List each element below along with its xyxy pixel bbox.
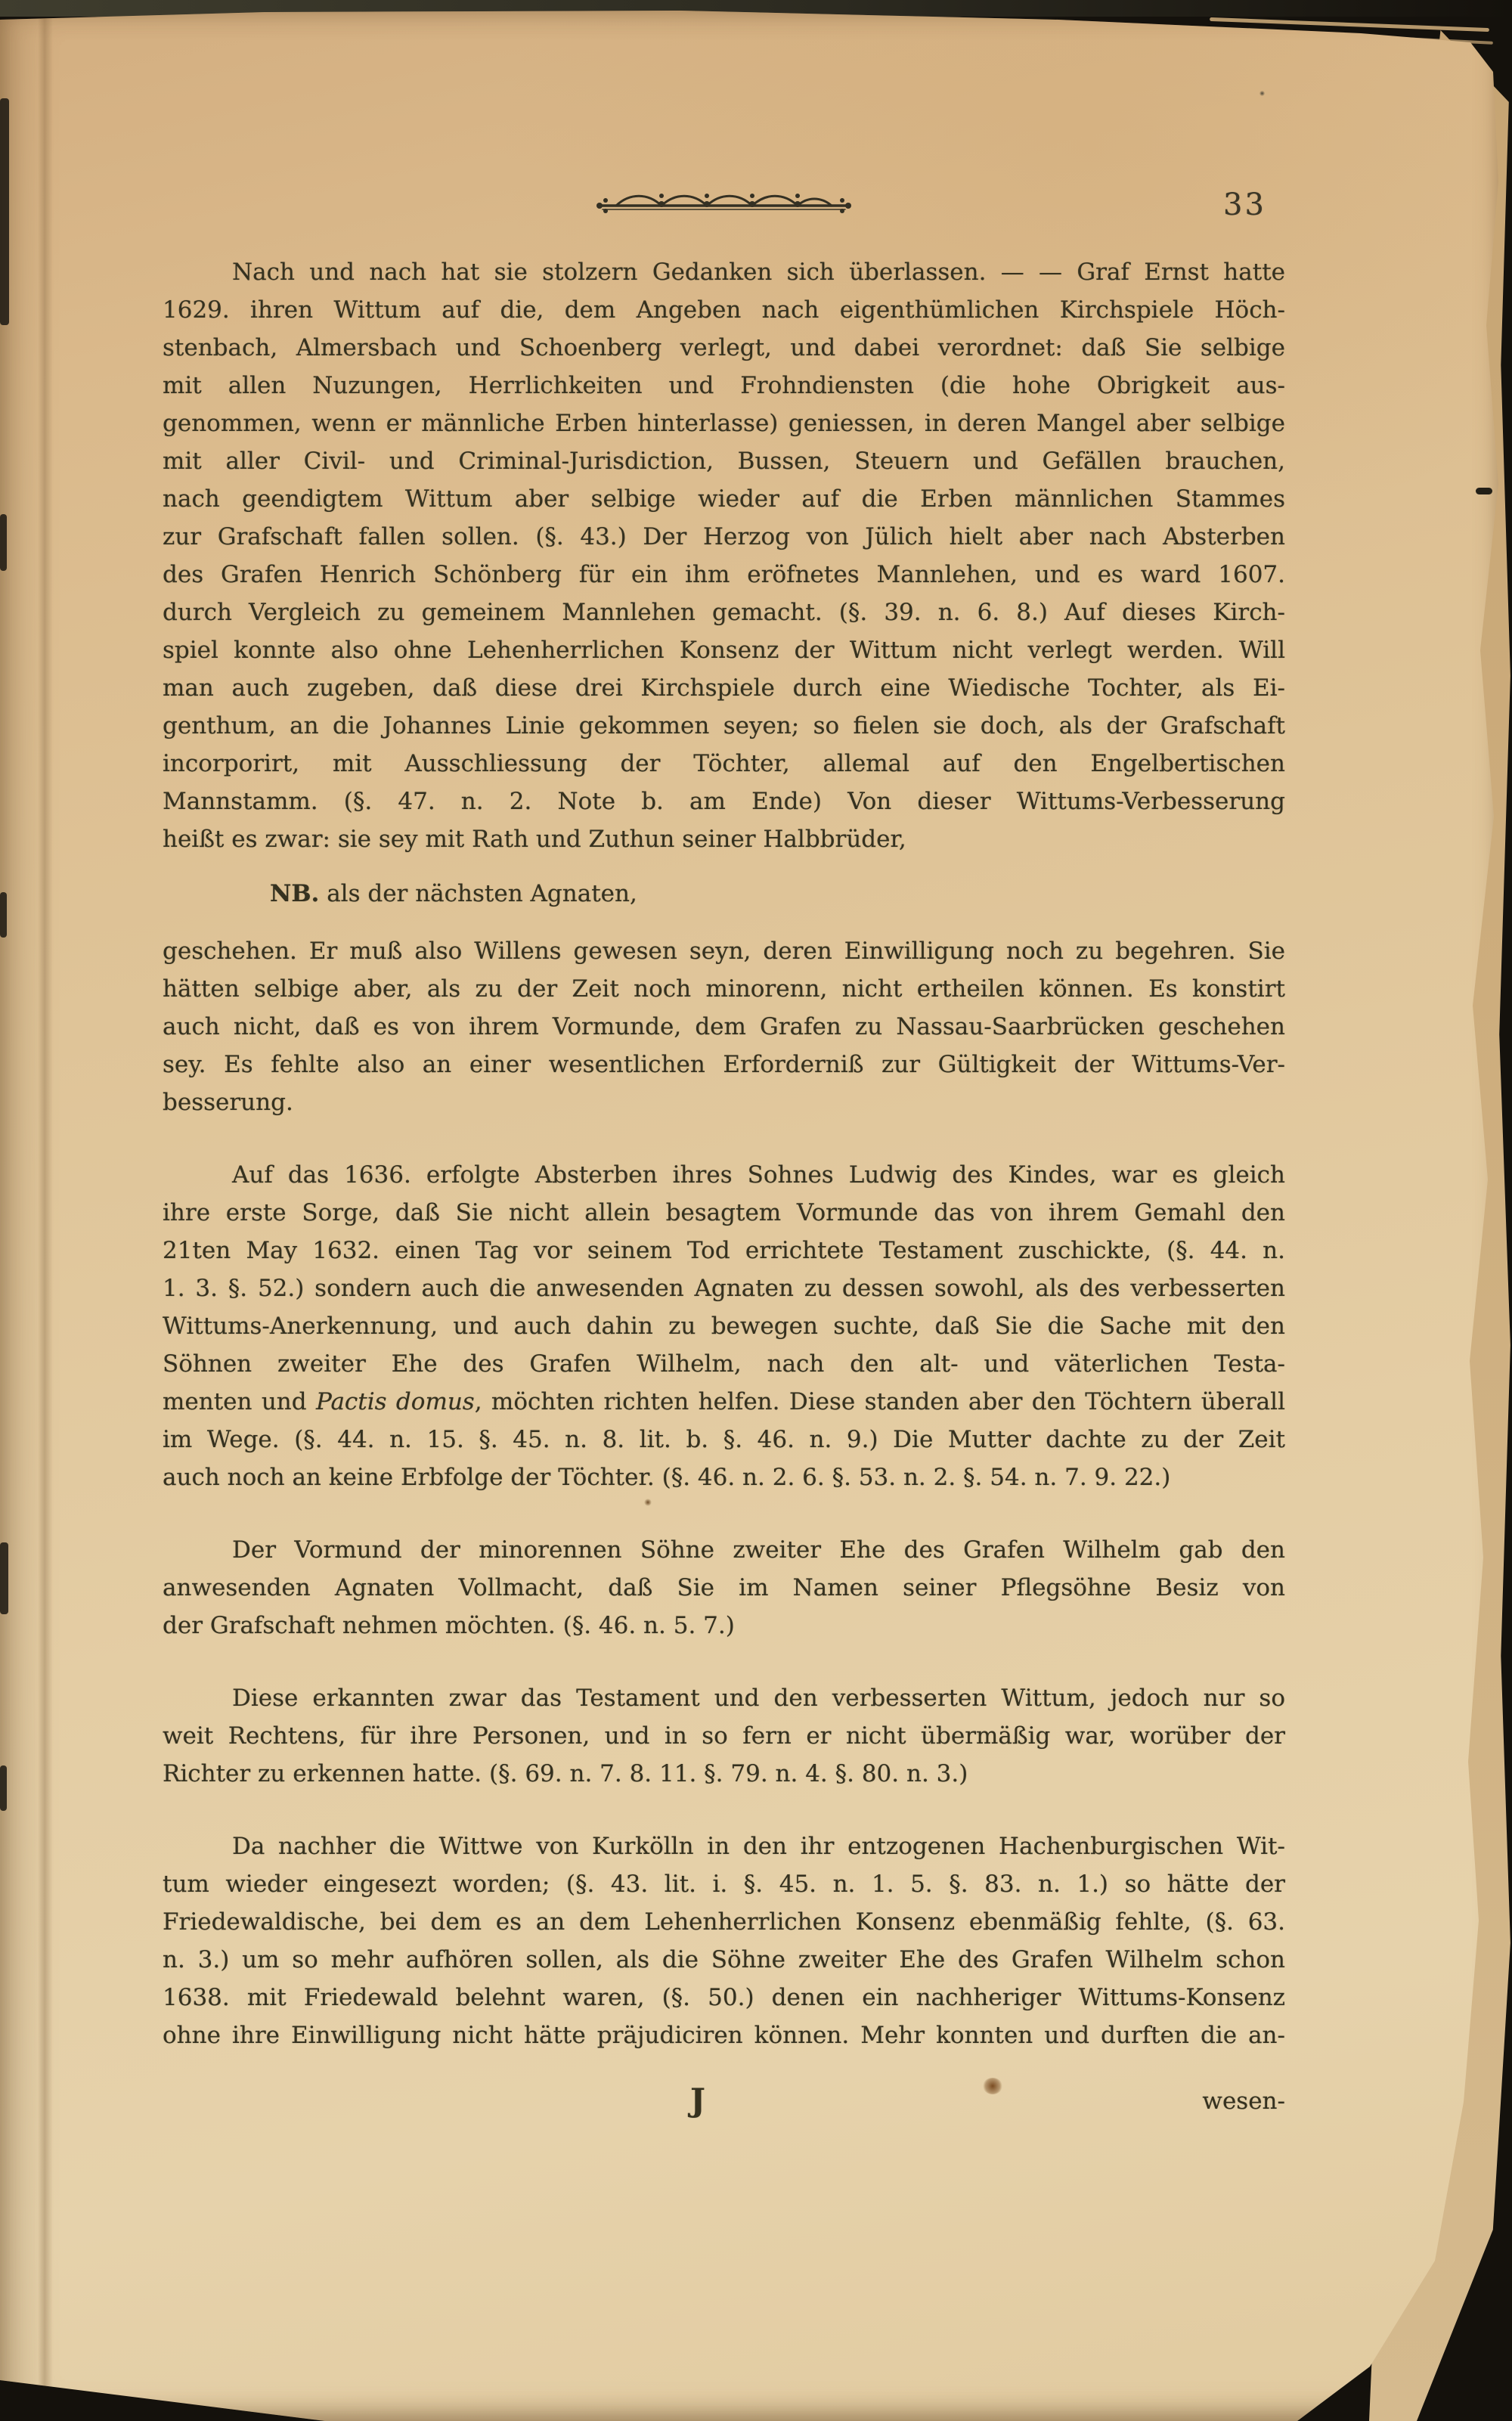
text-line: Da nachher die Wittwe von Kurkölln in de… (163, 1827, 1285, 1865)
text-line: sey. Es fehlte also an einer wesentliche… (163, 1046, 1285, 1083)
text-line: weit Rechtens, für ihre Personen, und in… (163, 1717, 1285, 1755)
paragraph: Da nachher die Wittwe von Kurkölln in de… (163, 1827, 1285, 2054)
text-line: besserung. (163, 1083, 1285, 1121)
text-line: mit aller Civil- und Criminal-Jurisdicti… (163, 442, 1285, 480)
leaf-edge-sliver (0, 1765, 7, 1811)
text-line: 1. 3. §. 52.) sondern auch die anwesende… (163, 1269, 1285, 1307)
text-line: Wittums-Anerkennung, und auch dahin zu b… (163, 1307, 1285, 1345)
binding-crease (38, 14, 53, 2388)
text-line: des Grafen Henrich Schönberg für ein ihm… (163, 556, 1285, 594)
text-line: genthum, an die Johannes Linie gekommen … (163, 707, 1285, 745)
text-line: genommen, wenn er männliche Erben hinter… (163, 405, 1285, 442)
text-line: im Wege. (§. 44. n. 15. §. 45. n. 8. lit… (163, 1421, 1285, 1458)
text-line: der Grafschaft nehmen möchten. (§. 46. n… (163, 1607, 1285, 1644)
text-block: Nach und nach hat sie stolzern Gedanken … (163, 0, 1285, 2127)
text-line: Mannstamm. (§. 47. n. 2. Note b. am Ende… (163, 783, 1285, 820)
leaf-edge-sliver (0, 514, 7, 571)
text-line: Richter zu erkennen hatte. (§. 69. n. 7.… (163, 1755, 1285, 1793)
gathering-signature: J (690, 2082, 705, 2119)
text-line: hätten selbige aber, als zu der Zeit noc… (163, 970, 1285, 1008)
text-line: man auch zugeben, daß diese drei Kirchsp… (163, 669, 1285, 707)
text-line: Nach und nach hat sie stolzern Gedanken … (163, 253, 1285, 291)
text-line: spiel konnte also ohne Lehenherrlichen K… (163, 631, 1285, 669)
paragraph: geschehen. Er muß also Willens gewesen s… (163, 932, 1285, 1121)
text-line: Friedewaldische, bei dem es an dem Lehen… (163, 1903, 1285, 1941)
text-line: Der Vormund der minorennen Söhne zweiter… (163, 1531, 1285, 1569)
text-line: nach geendigtem Wittum aber selbige wied… (163, 480, 1285, 518)
text-line: heißt es zwar: sie sey mit Rath und Zuth… (163, 820, 1285, 858)
text-line: geschehen. Er muß also Willens gewesen s… (163, 932, 1285, 970)
text-line: NB. als der nächsten Agnaten, (270, 875, 1285, 913)
text-line: 21ten May 1632. einen Tag vor seinem Tod… (163, 1232, 1285, 1269)
paragraph: Der Vormund der minorennen Söhne zweiter… (163, 1531, 1285, 1644)
text-line: durch Vergleich zu gemeinem Mannlehen ge… (163, 594, 1285, 631)
text-line: mit allen Nuzungen, Herrlichkeiten und F… (163, 367, 1285, 405)
leaf-edge-sliver (0, 1542, 8, 1614)
text-line: Söhnen zweiter Ehe des Grafen Wilhelm, n… (163, 1345, 1285, 1383)
text-line: auch noch an keine Erbfolge der Töchter.… (163, 1458, 1285, 1496)
scanned-book-page: 33 Nach und nach hat sie stolzern Geda (0, 0, 1512, 2421)
footer-line: J wesen- (163, 2082, 1285, 2127)
text-line: incorporirt, mit Ausschliessung der Töch… (163, 745, 1285, 783)
paragraph: NB. als der nächsten Agnaten, (163, 875, 1285, 913)
text-line: tum wieder eingesezt worden; (§. 43. lit… (163, 1865, 1285, 1903)
paper-page: 33 Nach und nach hat sie stolzern Geda (0, 0, 1512, 2421)
paragraph: Auf das 1636. erfolgte Absterben ihres S… (163, 1156, 1285, 1496)
text-line: stenbach, Almersbach und Schoenberg verl… (163, 329, 1285, 367)
leaf-edge-sliver (0, 892, 7, 938)
text-line: Diese erkannten zwar das Testament und d… (163, 1679, 1285, 1717)
text-line: ohne ihre Einwilligung nicht hätte präju… (163, 2016, 1285, 2054)
text-line: Auf das 1636. erfolgte Absterben ihres S… (163, 1156, 1285, 1194)
ornament-divider-icon (593, 185, 854, 220)
text-line: anwesenden Agnaten Vollmacht, daß Sie im… (163, 1569, 1285, 1607)
text-line: ihre erste Sorge, daß Sie nicht allein b… (163, 1194, 1285, 1232)
edge-fleck (1476, 488, 1492, 494)
paragraph: Nach und nach hat sie stolzern Gedanken … (163, 253, 1285, 858)
page-body: Nach und nach hat sie stolzern Gedanken … (163, 253, 1285, 2054)
text-line: menten und Pactis domus, möchten richten… (163, 1383, 1285, 1421)
text-line: 1629. ihren Wittum auf die, dem Angeben … (163, 291, 1285, 329)
paragraph: Diese erkannten zwar das Testament und d… (163, 1679, 1285, 1793)
text-line: auch nicht, daß es von ihrem Vormunde, d… (163, 1008, 1285, 1046)
text-line: zur Grafschaft fallen sollen. (§. 43.) D… (163, 518, 1285, 556)
catchword: wesen- (1202, 2088, 1285, 2115)
text-line: 1638. mit Friedewald belehnt waren, (§. … (163, 1979, 1285, 2016)
leaf-edge-sliver (0, 98, 9, 325)
text-line: n. 3.) um so mehr aufhören sollen, als d… (163, 1941, 1285, 1979)
